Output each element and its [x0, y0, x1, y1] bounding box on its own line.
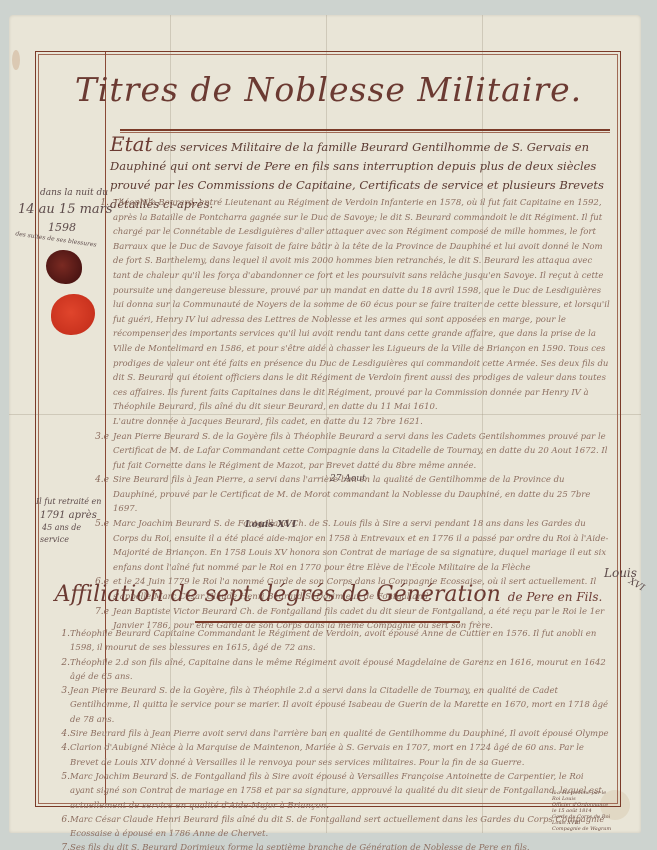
- section-title-underline: [195, 621, 460, 623]
- service-entry: 1.Théophile Beurard, entré Lieutenant au…: [113, 196, 610, 400]
- generation-entry: 4.Clarion d'Aubigné Nièce à la Marquise …: [70, 741, 610, 770]
- service-entry: 3.eJean Pierre Beurard S. de la Goyère f…: [113, 430, 610, 474]
- margin-note-date: dans la nuit du: [40, 188, 108, 198]
- margin-note-retirement: service: [40, 535, 69, 544]
- margin-note-date: 1598: [48, 221, 76, 234]
- intro-lead-word: Etat: [110, 132, 153, 156]
- genealogy-section: 1.Théophile Beurard Capitaine Commandant…: [70, 627, 610, 850]
- service-entry: Théophile Beurard, fils aîné du dit sieu…: [113, 400, 610, 415]
- generation-entry: 6.Marc César Claude Henri Beurard fils a…: [70, 813, 610, 842]
- margin-note-retirement: 45 ans de: [42, 523, 81, 532]
- generation-entry: 5.Marc Joachim Beurard S. de Fontgalland…: [70, 770, 610, 813]
- inline-annotation: 27 Aout: [330, 474, 366, 484]
- generation-entry: 1.Théophile Beurard Capitaine Commandant…: [70, 627, 610, 656]
- title-underline-thin: [120, 132, 610, 133]
- dark-wax-seal: [46, 250, 82, 284]
- service-entry: 5.eMarc Joachim Beurard S. de Fontgallan…: [113, 517, 610, 575]
- inline-annotation: Louis XVI: [245, 519, 296, 530]
- signature-note: Il a été nommé par le Roi Louis Officier…: [552, 790, 612, 832]
- services-section: 1.Théophile Beurard, entré Lieutenant au…: [113, 196, 610, 634]
- generation-entry: 7.Ses fils du dit S. Beurard Dorimieux f…: [70, 841, 610, 850]
- document-title: Titres de Noblesse Militaire.: [0, 70, 657, 109]
- generation-entry: 3.Jean Pierre Beurard S. de la Goyère, f…: [70, 684, 610, 727]
- title-underline: [120, 129, 610, 131]
- margin-note-retirement: Il fut retraité en: [36, 497, 101, 506]
- paper-stain: [12, 50, 20, 70]
- margin-note-retirement: 1791 après: [40, 510, 97, 521]
- generation-entry: 2.Théophile 2.d son fils aîné, Capitaine…: [70, 656, 610, 685]
- service-entry: L'autre donnée à Jacques Beurard, fils c…: [113, 415, 610, 430]
- section-title-affiliation: Affiliation de sept dégrés de Génération…: [0, 582, 657, 607]
- margin-note-date: 14 au 15 mars: [18, 202, 113, 217]
- generation-entry: 4.Sire Beurard fils à Jean Pierre avoit …: [70, 727, 610, 741]
